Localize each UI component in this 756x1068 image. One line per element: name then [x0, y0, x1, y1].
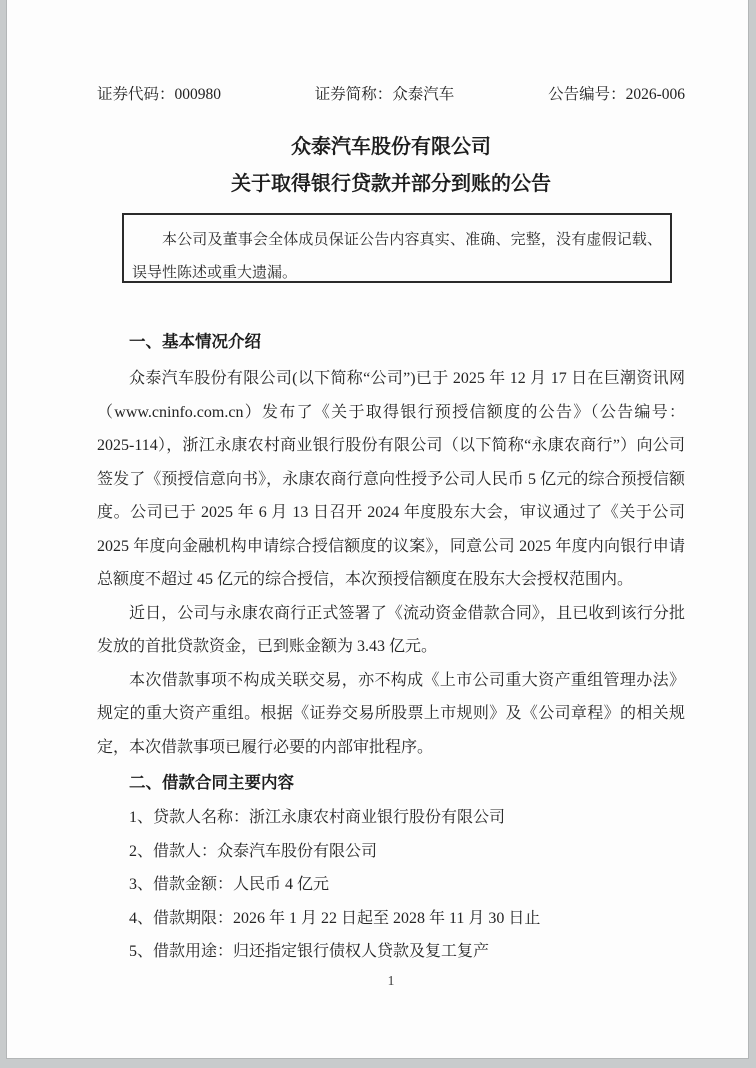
section-1-paragraph-3: 本次借款事项不构成关联交易，亦不构成《上市公司重大资产重组管理办法》规定的重大资… [97, 664, 685, 765]
loan-contract-items: 1、贷款人名称：浙江永康农村商业银行股份有限公司 2、借款人：众泰汽车股份有限公… [97, 801, 685, 969]
announcement-number: 公告编号：2026-006 [548, 86, 685, 104]
list-item-purpose: 5、借款用途：归还指定银行债权人贷款及复工复产 [97, 935, 685, 969]
list-item-amount: 3、借款金额：人民币 4 亿元 [97, 868, 685, 902]
viewer-canvas: { "header": { "stock_code": "证券代码：000980… [0, 0, 756, 1068]
section-2-heading: 二、借款合同主要内容 [97, 771, 685, 795]
disclaimer-box: 本公司及董事会全体成员保证公告内容真实、准确、完整，没有虚假记载、误导性陈述或重… [122, 213, 672, 283]
page-number: 1 [97, 972, 685, 990]
stock-code: 证券代码：000980 [97, 86, 221, 104]
stock-short-name: 证券简称：众泰汽车 [315, 86, 455, 104]
section-1-heading: 一、基本情况介绍 [97, 330, 685, 354]
company-name-title: 众泰汽车股份有限公司 [97, 134, 685, 161]
document-header: 证券代码：000980 证券简称：众泰汽车 公告编号：2026-006 [97, 86, 685, 104]
section-1-paragraph-1: 众泰汽车股份有限公司(以下简称“公司”)已于 2025 年 12 月 17 日在… [97, 362, 685, 597]
document-content: 证券代码：000980 证券简称：众泰汽车 公告编号：2026-006 众泰汽车… [97, 0, 685, 990]
document-page: 证券代码：000980 证券简称：众泰汽车 公告编号：2026-006 众泰汽车… [7, 0, 748, 1058]
announcement-title: 关于取得银行贷款并部分到账的公告 [97, 171, 685, 198]
disclaimer-text: 本公司及董事会全体成员保证公告内容真实、准确、完整，没有虚假记载、误导性陈述或重… [132, 224, 662, 290]
list-item-lender: 1、贷款人名称：浙江永康农村商业银行股份有限公司 [97, 801, 685, 835]
list-item-term: 4、借款期限：2026 年 1 月 22 日起至 2028 年 11 月 30 … [97, 902, 685, 936]
section-1-paragraph-2: 近日，公司与永康农商行正式签署了《流动资金借款合同》，且已收到该行分批发放的首批… [97, 597, 685, 664]
list-item-borrower: 2、借款人：众泰汽车股份有限公司 [97, 835, 685, 869]
